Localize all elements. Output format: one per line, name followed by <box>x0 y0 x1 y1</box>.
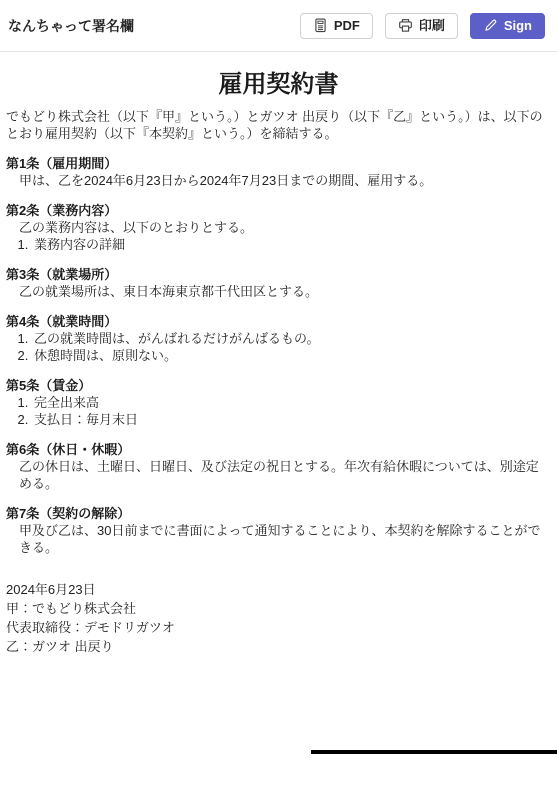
pdf-button-label: PDF <box>334 19 360 32</box>
contract-section-5: 第5条（賃金） 完全出来高 支払日：毎月末日 <box>6 377 551 428</box>
print-button[interactable]: 印刷 <box>385 13 458 39</box>
section-heading: 第5条（賃金） <box>6 377 551 394</box>
section-paragraph: 乙の業務内容は、以下のとおりとする。 <box>6 219 551 236</box>
pdf-icon <box>313 18 328 33</box>
list-item: 休憩時間は、原則ない。 <box>32 347 551 364</box>
section-heading: 第6条（休日・休暇） <box>6 441 551 458</box>
sign-button[interactable]: Sign <box>470 13 545 39</box>
contract-section-4: 第4条（就業時間） 乙の就業時間は、がんばれるだけがんばるもの。 休憩時間は、原… <box>6 313 551 364</box>
pdf-button[interactable]: PDF <box>300 13 373 39</box>
closing-date: 2024年6月23日 <box>6 580 551 599</box>
app-title: なんちゃって署名欄 <box>8 16 300 36</box>
sign-button-label: Sign <box>504 19 532 32</box>
section-heading: 第4条（就業時間） <box>6 313 551 330</box>
header-actions: PDF 印刷 Sign <box>300 13 545 39</box>
print-button-label: 印刷 <box>419 19 445 32</box>
contract-section-3: 第3条（就業場所） 乙の就業場所は、東日本海東京都千代田区とする。 <box>6 266 551 300</box>
list-item: 完全出来高 <box>32 394 551 411</box>
signature-line <box>311 750 557 754</box>
closing-party-a: 甲：でもどり株式会社 <box>6 599 551 618</box>
list-item: 支払日：毎月末日 <box>32 411 551 428</box>
contract-document: 雇用契約書 でもどり株式会社（以下『甲』という。）とガツオ 出戻り（以下『乙』と… <box>0 52 557 656</box>
contract-section-1: 第1条（雇用期間） 甲は、乙を2024年6月23日から2024年7月23日までの… <box>6 155 551 189</box>
pen-icon <box>483 18 498 33</box>
document-title: 雇用契約書 <box>6 70 551 99</box>
intro-paragraph: でもどり株式会社（以下『甲』という。）とガツオ 出戻り（以下『乙』という。）は、… <box>6 108 551 142</box>
contract-section-7: 第7条（契約の解除） 甲及び乙は、30日前までに書面によって通知することにより、… <box>6 505 551 556</box>
section-paragraph: 甲及び乙は、30日前までに書面によって通知することにより、本契約を解除することが… <box>6 522 551 556</box>
closing-representative: 代表取締役：デモドリガツオ <box>6 618 551 637</box>
section-paragraph: 甲は、乙を2024年6月23日から2024年7月23日までの期間、雇用する。 <box>6 172 551 189</box>
section-list: 完全出来高 支払日：毎月末日 <box>6 394 551 428</box>
app-header: なんちゃって署名欄 PDF 印刷 <box>0 0 557 52</box>
closing-block: 2024年6月23日 甲：でもどり株式会社 代表取締役：デモドリガツオ 乙：ガツ… <box>6 580 551 656</box>
section-heading: 第1条（雇用期間） <box>6 155 551 172</box>
section-paragraph: 乙の休日は、土曜日、日曜日、及び法定の祝日とする。年次有給休暇については、別途定… <box>6 458 551 492</box>
list-item: 業務内容の詳細 <box>32 236 551 253</box>
section-heading: 第3条（就業場所） <box>6 266 551 283</box>
printer-icon <box>398 18 413 33</box>
section-list: 乙の就業時間は、がんばれるだけがんばるもの。 休憩時間は、原則ない。 <box>6 330 551 364</box>
contract-section-2: 第2条（業務内容） 乙の業務内容は、以下のとおりとする。 業務内容の詳細 <box>6 202 551 253</box>
section-list: 業務内容の詳細 <box>6 236 551 253</box>
section-paragraph: 乙の就業場所は、東日本海東京都千代田区とする。 <box>6 283 551 300</box>
contract-section-6: 第6条（休日・休暇） 乙の休日は、土曜日、日曜日、及び法定の祝日とする。年次有給… <box>6 441 551 492</box>
section-heading: 第7条（契約の解除） <box>6 505 551 522</box>
section-heading: 第2条（業務内容） <box>6 202 551 219</box>
list-item: 乙の就業時間は、がんばれるだけがんばるもの。 <box>32 330 551 347</box>
closing-party-b: 乙：ガツオ 出戻り <box>6 637 551 656</box>
